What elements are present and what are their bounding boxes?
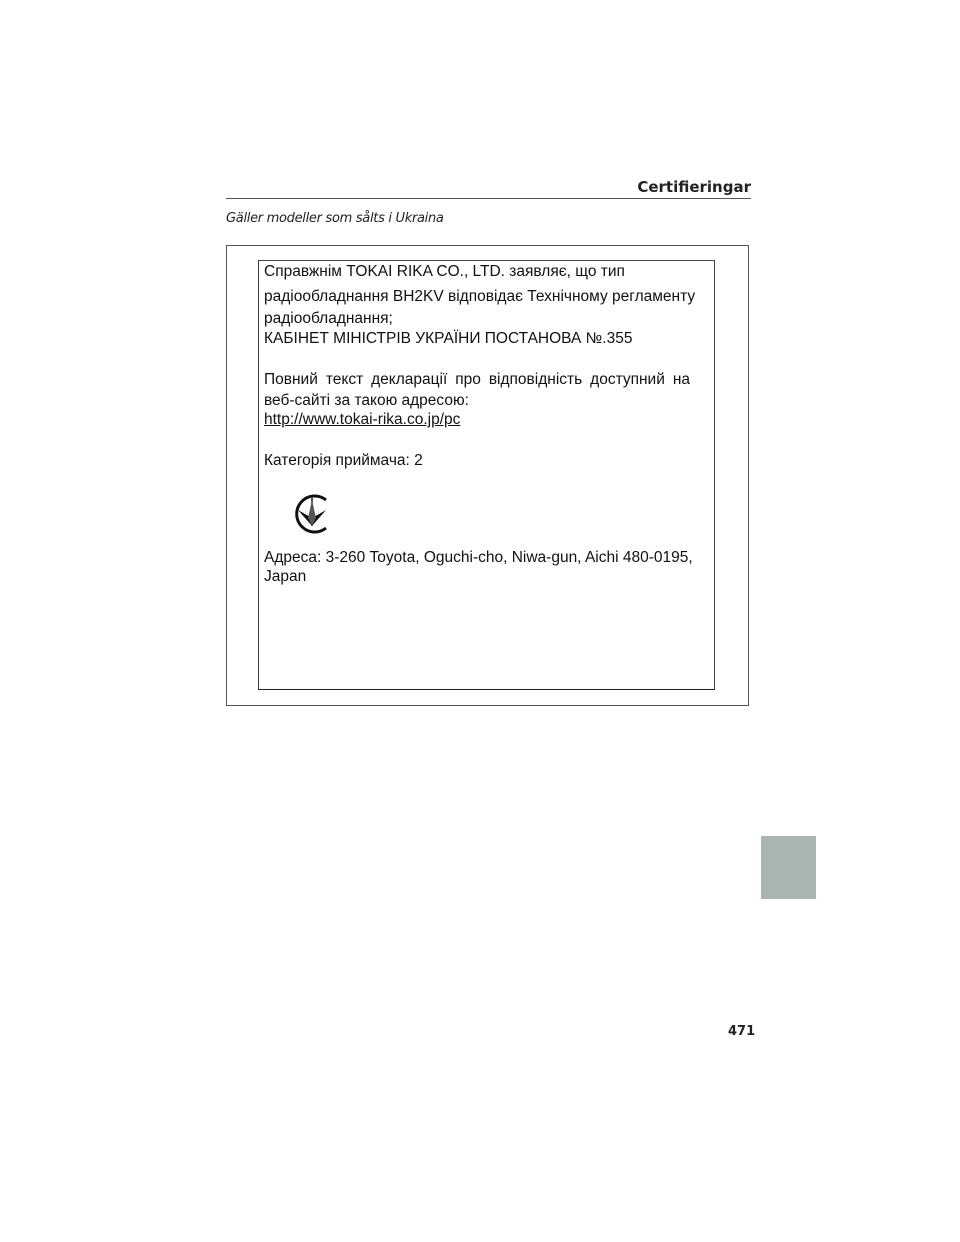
page-number: 471: [728, 1024, 755, 1039]
cert-line-3: радіообладнання;: [264, 310, 393, 328]
subtitle: Gäller modeller som sålts i Ukraina: [226, 211, 444, 226]
ukrainian-conformity-mark-icon: [286, 488, 338, 540]
receiver-category: Категорія приймача: 2: [264, 452, 423, 470]
chapter-side-tab: [761, 836, 816, 899]
cert-line-4: КАБІНЕТ МІНІСТРІВ УКРАЇНИ ПОСТАНОВА №.35…: [264, 330, 632, 348]
section-title: Certifieringar: [637, 178, 751, 196]
declaration-line-1: Повний текст декларації про відповідніст…: [264, 371, 690, 389]
address-line-1: Адреса: 3-260 Toyota, Oguchi-cho, Niwa-g…: [264, 549, 690, 567]
declaration-url-link[interactable]: http://www.tokai-rika.co.jp/pc: [264, 411, 460, 429]
header-divider: [226, 198, 751, 199]
cert-line-2: радіообладнання BH2KV відповідає Технічн…: [264, 288, 695, 306]
cert-line-1: Справжнім TOKAI RIKA CO., LTD. заявляє, …: [264, 263, 625, 281]
address-line-2: Japan: [264, 568, 306, 586]
declaration-line-2: веб-сайті за такою адресою:: [264, 392, 469, 410]
